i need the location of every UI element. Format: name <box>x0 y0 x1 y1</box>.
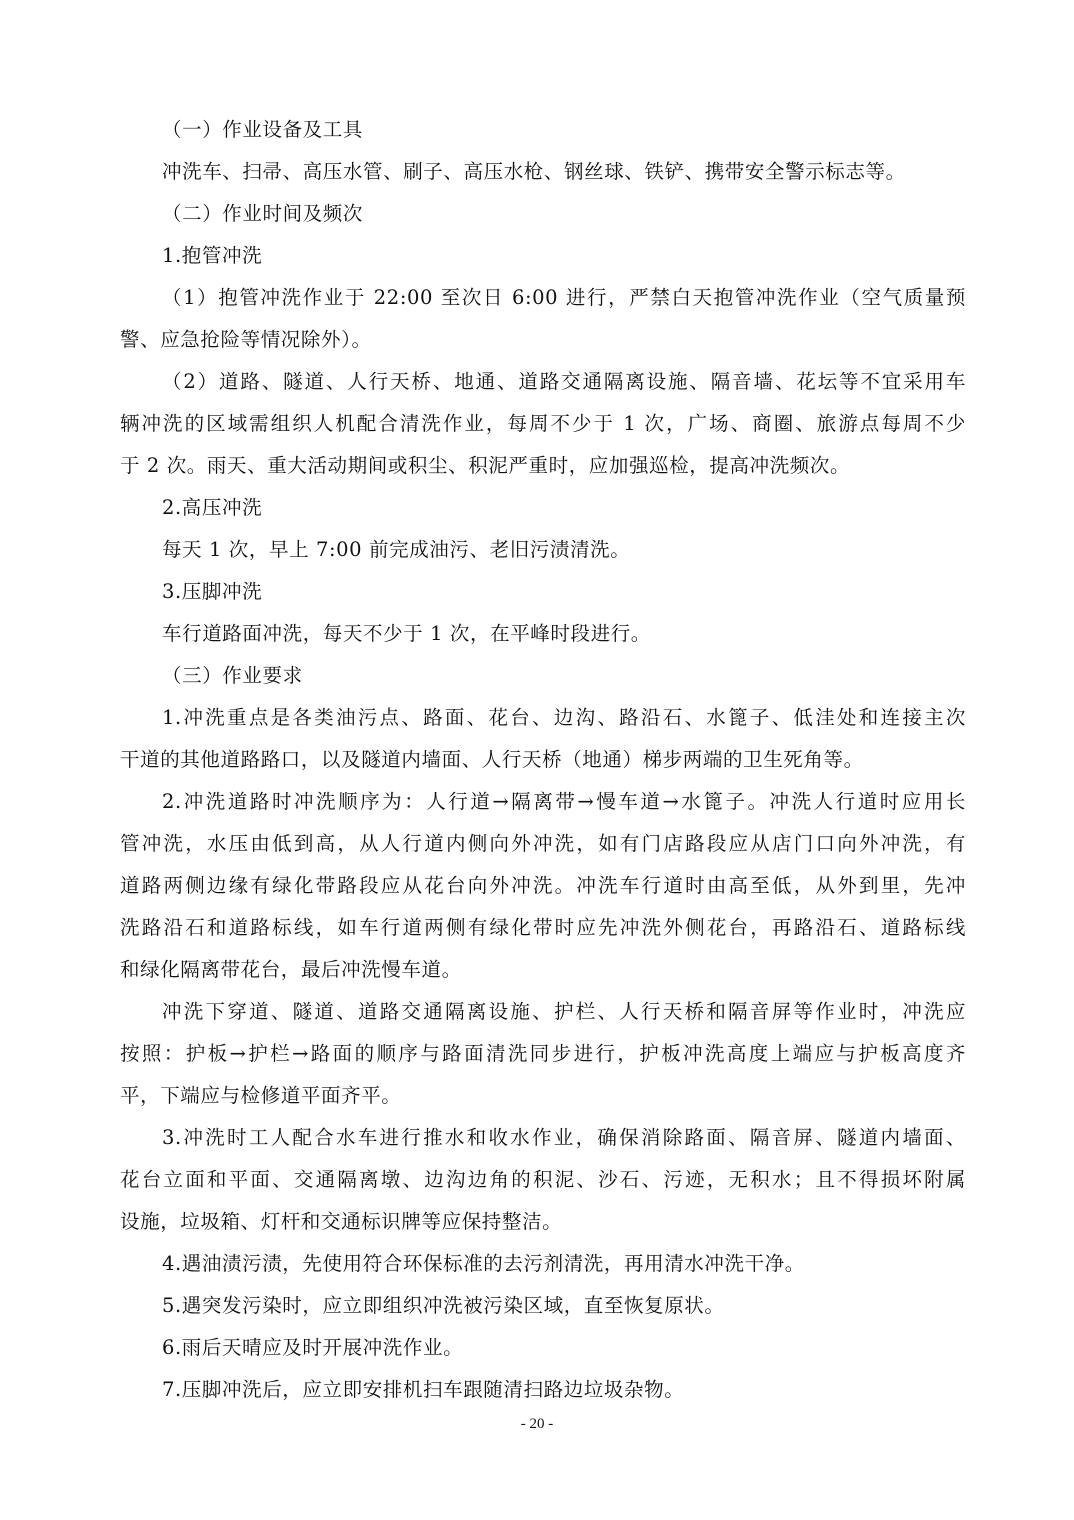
paragraph-line: 按照：护板→护栏→路面的顺序与路面清洗同步进行，护板冲洗高度上端应与护板高度齐 <box>120 1040 966 1068</box>
subheading-foot-press-flushing: 3.压脚冲洗 <box>162 578 966 606</box>
paragraph-line: 干道的其他道路路口，以及隧道内墙面、人行天桥（地通）梯步两端的卫生死角等。 <box>120 746 966 774</box>
paragraph-line: 管冲洗，水压由低到高，从人行道内侧向外冲洗，如有门店路段应从店门口向外冲洗，有 <box>120 830 966 858</box>
section-heading-time-frequency: （二）作业时间及频次 <box>162 200 966 228</box>
paragraph-line: 3.冲洗时工人配合水车进行推水和收水作业，确保消除路面、隔音屏、隧道内墙面、 <box>162 1124 966 1152</box>
paragraph-line: 6.雨后天晴应及时开展冲洗作业。 <box>162 1334 966 1362</box>
paragraph-line: 道路两侧边缘有绿化带路段应从花台向外冲洗。冲洗车行道时由高至低，从外到里，先冲 <box>120 872 966 900</box>
paragraph-line: （2）道路、隧道、人行天桥、地通、道路交通隔离设施、隔音墙、花坛等不宜采用车 <box>162 368 966 396</box>
paragraph-line: 7.压脚冲洗后，应立即安排机扫车跟随清扫路边垃圾杂物。 <box>162 1376 966 1404</box>
document-page: （一）作业设备及工具 冲洗车、扫帚、高压水管、刷子、高压水枪、钢丝球、铁铲、携带… <box>0 0 1074 1520</box>
paragraph-line: 冲洗下穿道、隧道、道路交通隔离设施、护栏、人行天桥和隔音屏等作业时，冲洗应 <box>162 998 966 1026</box>
paragraph-line: 车行道路面冲洗，每天不少于 1 次，在平峰时段进行。 <box>162 620 966 648</box>
paragraph-line: 于 2 次。雨天、重大活动期间或积尘、积泥严重时，应加强巡检，提高冲洗频次。 <box>120 452 966 480</box>
paragraph-line: 2.冲洗道路时冲洗顺序为：人行道→隔离带→慢车道→水篦子。冲洗人行道时应用长 <box>162 788 966 816</box>
paragraph-line: （1）抱管冲洗作业于 22:00 至次日 6:00 进行，严禁白天抱管冲洗作业（… <box>162 284 966 312</box>
paragraph-line: 洗路沿石和道路标线，如车行道两侧有绿化带时应先冲洗外侧花台，再路沿石、道路标线 <box>120 914 966 942</box>
paragraph-line: 花台立面和平面、交通隔离墩、边沟边角的积泥、沙石、污迹，无积水；且不得损坏附属 <box>120 1166 966 1194</box>
paragraph-line: 设施，垃圾箱、灯杆和交通标识牌等应保持整洁。 <box>120 1208 966 1236</box>
section-heading-equipment: （一）作业设备及工具 <box>162 116 966 144</box>
subheading-high-pressure-flushing: 2.高压冲洗 <box>162 494 966 522</box>
paragraph-line: 和绿化隔离带花台，最后冲洗慢车道。 <box>120 956 966 984</box>
paragraph-line: 警、应急抢险等情况除外）。 <box>120 326 966 354</box>
page-number: - 20 - <box>0 1414 1074 1434</box>
subheading-hug-pipe-flushing: 1.抱管冲洗 <box>162 242 966 270</box>
section-heading-requirements: （三）作业要求 <box>162 662 966 690</box>
paragraph-line: 辆冲洗的区域需组织人机配合清洗作业，每周不少于 1 次，广场、商圈、旅游点每周不… <box>120 410 966 438</box>
paragraph-line: 每天 1 次，早上 7:00 前完成油污、老旧污渍清洗。 <box>162 536 966 564</box>
paragraph-line: 1.冲洗重点是各类油污点、路面、花台、边沟、路沿石、水篦子、低洼处和连接主次 <box>162 704 966 732</box>
paragraph-line: 5.遇突发污染时，应立即组织冲洗被污染区域，直至恢复原状。 <box>162 1292 966 1320</box>
paragraph-line: 平，下端应与检修道平面齐平。 <box>120 1082 966 1110</box>
paragraph-line: 4.遇油渍污渍，先使用符合环保标准的去污剂清洗，再用清水冲洗干净。 <box>162 1250 966 1278</box>
paragraph-equipment-list: 冲洗车、扫帚、高压水管、刷子、高压水枪、钢丝球、铁铲、携带安全警示标志等。 <box>162 158 966 186</box>
